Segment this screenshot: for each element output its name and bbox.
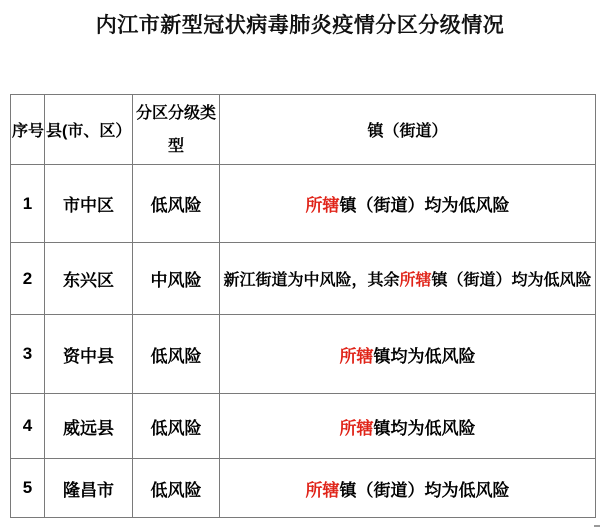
row-number-cell: 4 xyxy=(11,394,45,459)
table-row: 2 东兴区 中风险 新江街道为中风险，其余所辖镇（街道）均为低风险 xyxy=(11,243,596,315)
towns-cell: 所辖镇（街道）均为低风险 xyxy=(220,459,596,518)
screenshot-corner-artifact xyxy=(594,525,600,527)
towns-text-highlight: 所辖 xyxy=(340,347,374,366)
table-row: 1 市中区 低风险 所辖镇（街道）均为低风险 xyxy=(11,165,596,243)
towns-text-highlight: 所辖 xyxy=(306,196,340,215)
table-row: 3 资中县 低风险 所辖镇均为低风险 xyxy=(11,315,596,394)
table-row: 5 隆昌市 低风险 所辖镇（街道）均为低风险 xyxy=(11,459,596,518)
row-number-cell: 5 xyxy=(11,459,45,518)
row-number-cell: 3 xyxy=(11,315,45,394)
towns-cell: 所辖镇（街道）均为低风险 xyxy=(220,165,596,243)
towns-text-highlight: 所辖 xyxy=(399,272,431,289)
risk-classification-table: 序号 县(市、区） 分区分级类型 镇（街道） 1 市中区 低风险 所辖镇（街道）… xyxy=(10,94,596,518)
towns-text-post: 镇均为低风险 xyxy=(374,347,476,366)
towns-cell: 所辖镇均为低风险 xyxy=(220,315,596,394)
table-header-row: 序号 县(市、区） 分区分级类型 镇（街道） xyxy=(11,95,596,165)
risk-level-cell: 低风险 xyxy=(133,165,220,243)
row-number-cell: 2 xyxy=(11,243,45,315)
document-page: 内江市新型冠状病毒肺炎疫情分区分级情况 序号 县(市、区） 分区分级类型 镇（街… xyxy=(0,0,600,529)
county-cell: 资中县 xyxy=(45,315,133,394)
header-zone-level-type: 分区分级类型 xyxy=(133,95,220,165)
risk-level-cell: 低风险 xyxy=(133,394,220,459)
table-row: 4 威远县 低风险 所辖镇均为低风险 xyxy=(11,394,596,459)
county-cell: 市中区 xyxy=(45,165,133,243)
towns-text-post: 镇（街道）均为低风险 xyxy=(340,196,510,215)
towns-text-pre: 新江街道为中风险，其余 xyxy=(223,272,399,289)
header-towns-streets: 镇（街道） xyxy=(220,95,596,165)
towns-text-post: 镇均为低风险 xyxy=(374,419,476,438)
page-title: 内江市新型冠状病毒肺炎疫情分区分级情况 xyxy=(0,9,600,39)
header-county: 县(市、区） xyxy=(45,95,133,165)
towns-text-post: 镇（街道）均为低风险 xyxy=(340,481,510,500)
county-cell: 隆昌市 xyxy=(45,459,133,518)
towns-cell: 所辖镇均为低风险 xyxy=(220,394,596,459)
towns-text-post: 镇（街道）均为低风险 xyxy=(432,272,592,289)
risk-level-cell: 低风险 xyxy=(133,459,220,518)
row-number-cell: 1 xyxy=(11,165,45,243)
county-cell: 东兴区 xyxy=(45,243,133,315)
risk-level-cell: 低风险 xyxy=(133,315,220,394)
towns-cell: 新江街道为中风险，其余所辖镇（街道）均为低风险 xyxy=(220,243,596,315)
header-serial-number: 序号 xyxy=(11,95,45,165)
towns-text-highlight: 所辖 xyxy=(306,481,340,500)
county-cell: 威远县 xyxy=(45,394,133,459)
risk-level-cell: 中风险 xyxy=(133,243,220,315)
towns-text-highlight: 所辖 xyxy=(340,419,374,438)
